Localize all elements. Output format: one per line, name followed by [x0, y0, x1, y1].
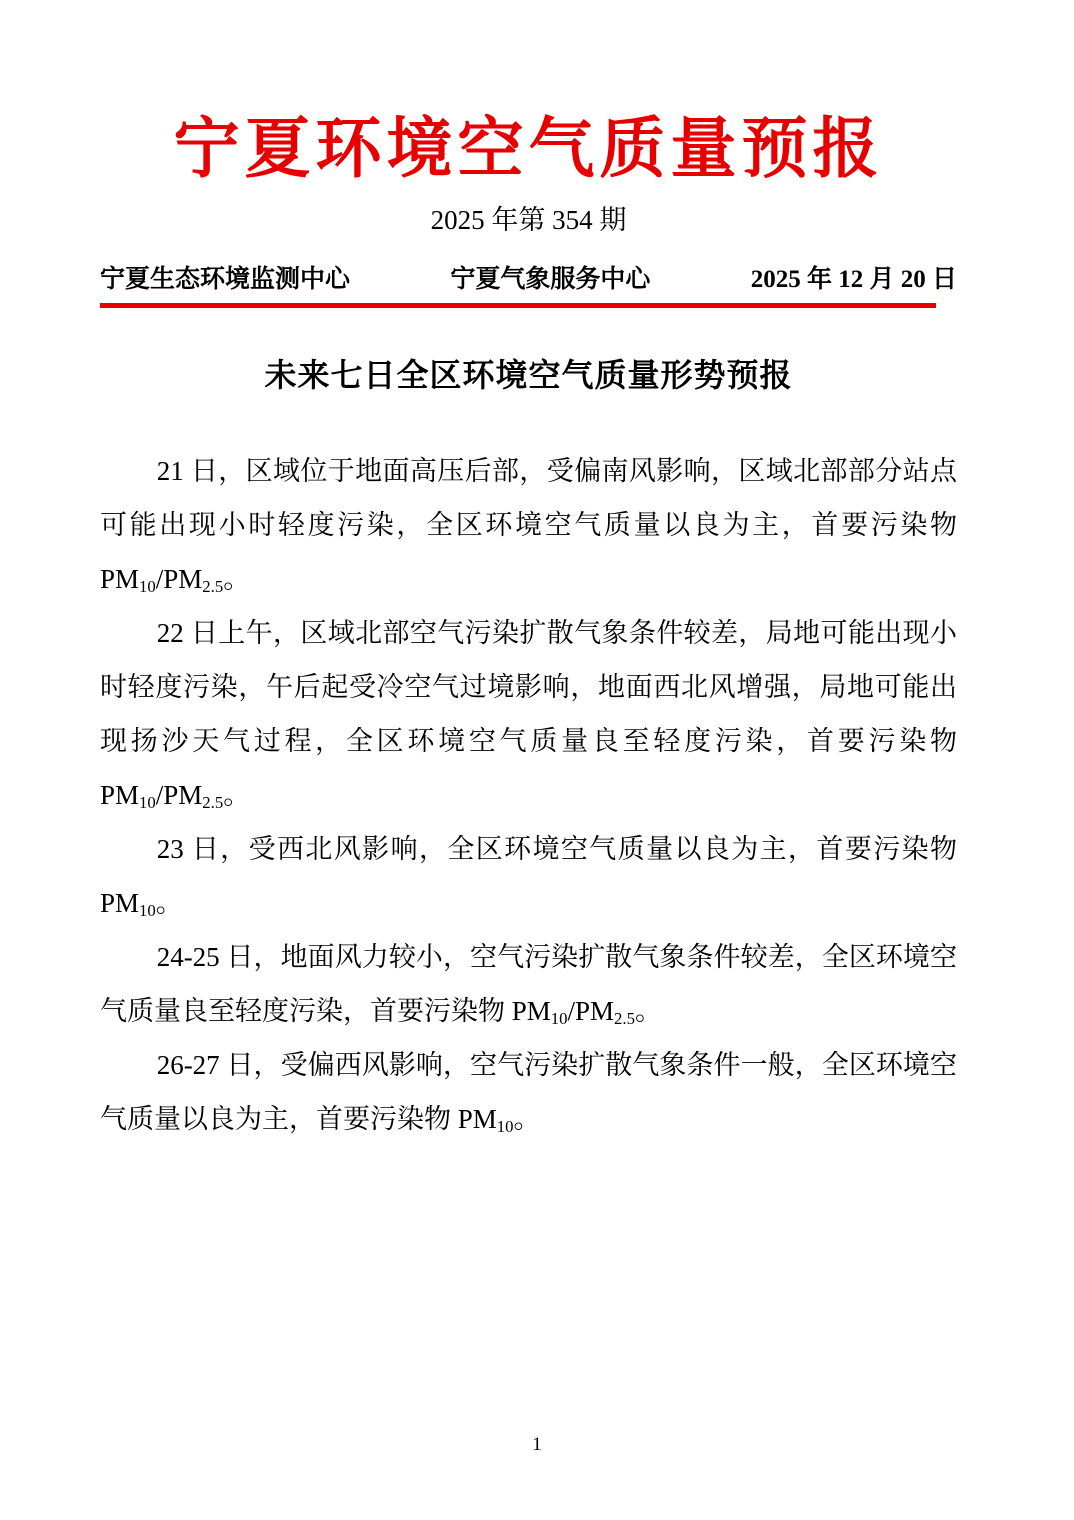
forecast-paragraph-day22: 22 日上午，区域北部空气污染扩散气象条件较差，局地可能出现小时轻度污染，午后起…	[100, 606, 957, 822]
document-title: 宁夏环境空气质量预报	[100, 0, 957, 192]
document-page: 宁夏环境空气质量预报 2025 年第 354 期 宁夏生态环境监测中心 宁夏气象…	[0, 0, 1074, 1520]
page-number: 1	[0, 1434, 1074, 1456]
issue-date: 2025 年 12 月 20 日	[751, 263, 957, 297]
forecast-body: 21 日，区域位于地面高压后部，受偏南风影响，区域北部部分站点可能出现小时轻度污…	[100, 444, 957, 1146]
red-divider-rule	[100, 303, 936, 308]
section-title: 未来七日全区环境空气质量形势预报	[100, 354, 957, 396]
forecast-paragraph-day21: 21 日，区域位于地面高压后部，受偏南风影响，区域北部部分站点可能出现小时轻度污…	[100, 444, 957, 606]
org-meteorological-center: 宁夏气象服务中心	[450, 263, 650, 297]
forecast-paragraph-day24-25: 24-25 日，地面风力较小，空气污染扩散气象条件较差，全区环境空气质量良至轻度…	[100, 930, 957, 1038]
forecast-paragraph-day23: 23 日，受西北风影响，全区环境空气质量以良为主，首要污染物 PM10。	[100, 822, 957, 930]
issue-number: 2025 年第 354 期	[100, 202, 957, 238]
org-monitoring-center: 宁夏生态环境监测中心	[100, 263, 350, 297]
header-row: 宁夏生态环境监测中心 宁夏气象服务中心 2025 年 12 月 20 日	[100, 263, 957, 297]
forecast-paragraph-day26-27: 26-27 日，受偏西风影响，空气污染扩散气象条件一般，全区环境空气质量以良为主…	[100, 1038, 957, 1146]
